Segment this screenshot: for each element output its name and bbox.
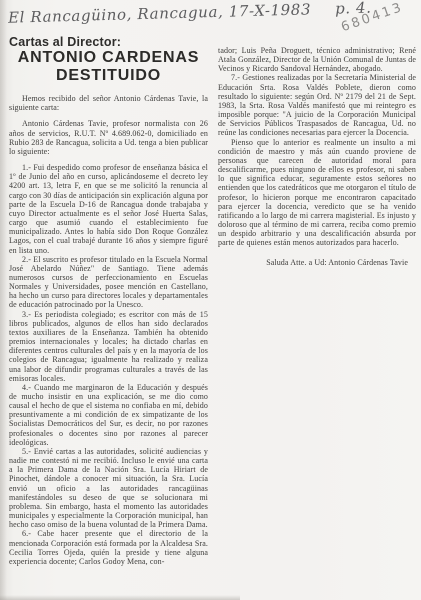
article-paragraph: 4.- Cuando me marginaron de la Educación… [9,383,208,447]
article-paragraph: 5.- Envié cartas a las autoridades, soli… [9,447,208,529]
article-paragraph: 2.- El suscrito es profesor titulado en … [9,255,208,310]
scan-left-edge-shadow [0,0,7,600]
article-paragraph: 6.- Cabe hacer presente que el directori… [9,529,208,566]
headline: ANTONIO CARDENAS DESTITUIDO [13,49,204,85]
article-paragraph: Hemos recibido del señor Antonio Cárdena… [9,94,208,112]
section-label: Cartas al Director: [9,38,208,47]
article-paragraph: Antonio Cárdenas Tavie, profesor normali… [9,119,208,156]
article-paragraph: 3.- Es periodista colegiado; es escritor… [9,310,208,383]
article-paragraph: Pienso que lo anterior es realmente un i… [218,138,416,248]
scan-bottom-edge-shadow [0,595,240,600]
handwritten-note: El Rancagüino, Rancagua, 17-X-1983 p. 4. [8,0,348,27]
article-paragraph: 1.- Fui despedido como profesor de enseñ… [9,163,208,255]
signature-line: Saluda Atte. a Ud: Antonio Cárdenas Tavi… [218,258,416,267]
article-paragraph: tador; Luis Peña Droguett, técnico admin… [218,46,416,73]
handwritten-source-date: El Rancagüino, Rancagua, 17-X-1983 [8,0,312,26]
article-paragraph: 7.- Gestiones realizadas por la Secretar… [218,73,416,137]
article-left-column: Cartas al Director: ANTONIO CARDENAS DES… [9,38,208,566]
article-right-column: tador; Luis Peña Droguett, técnico admin… [218,46,416,268]
newspaper-clipping-scan: El Rancagüino, Rancagua, 17-X-1983 p. 4.… [0,0,421,600]
